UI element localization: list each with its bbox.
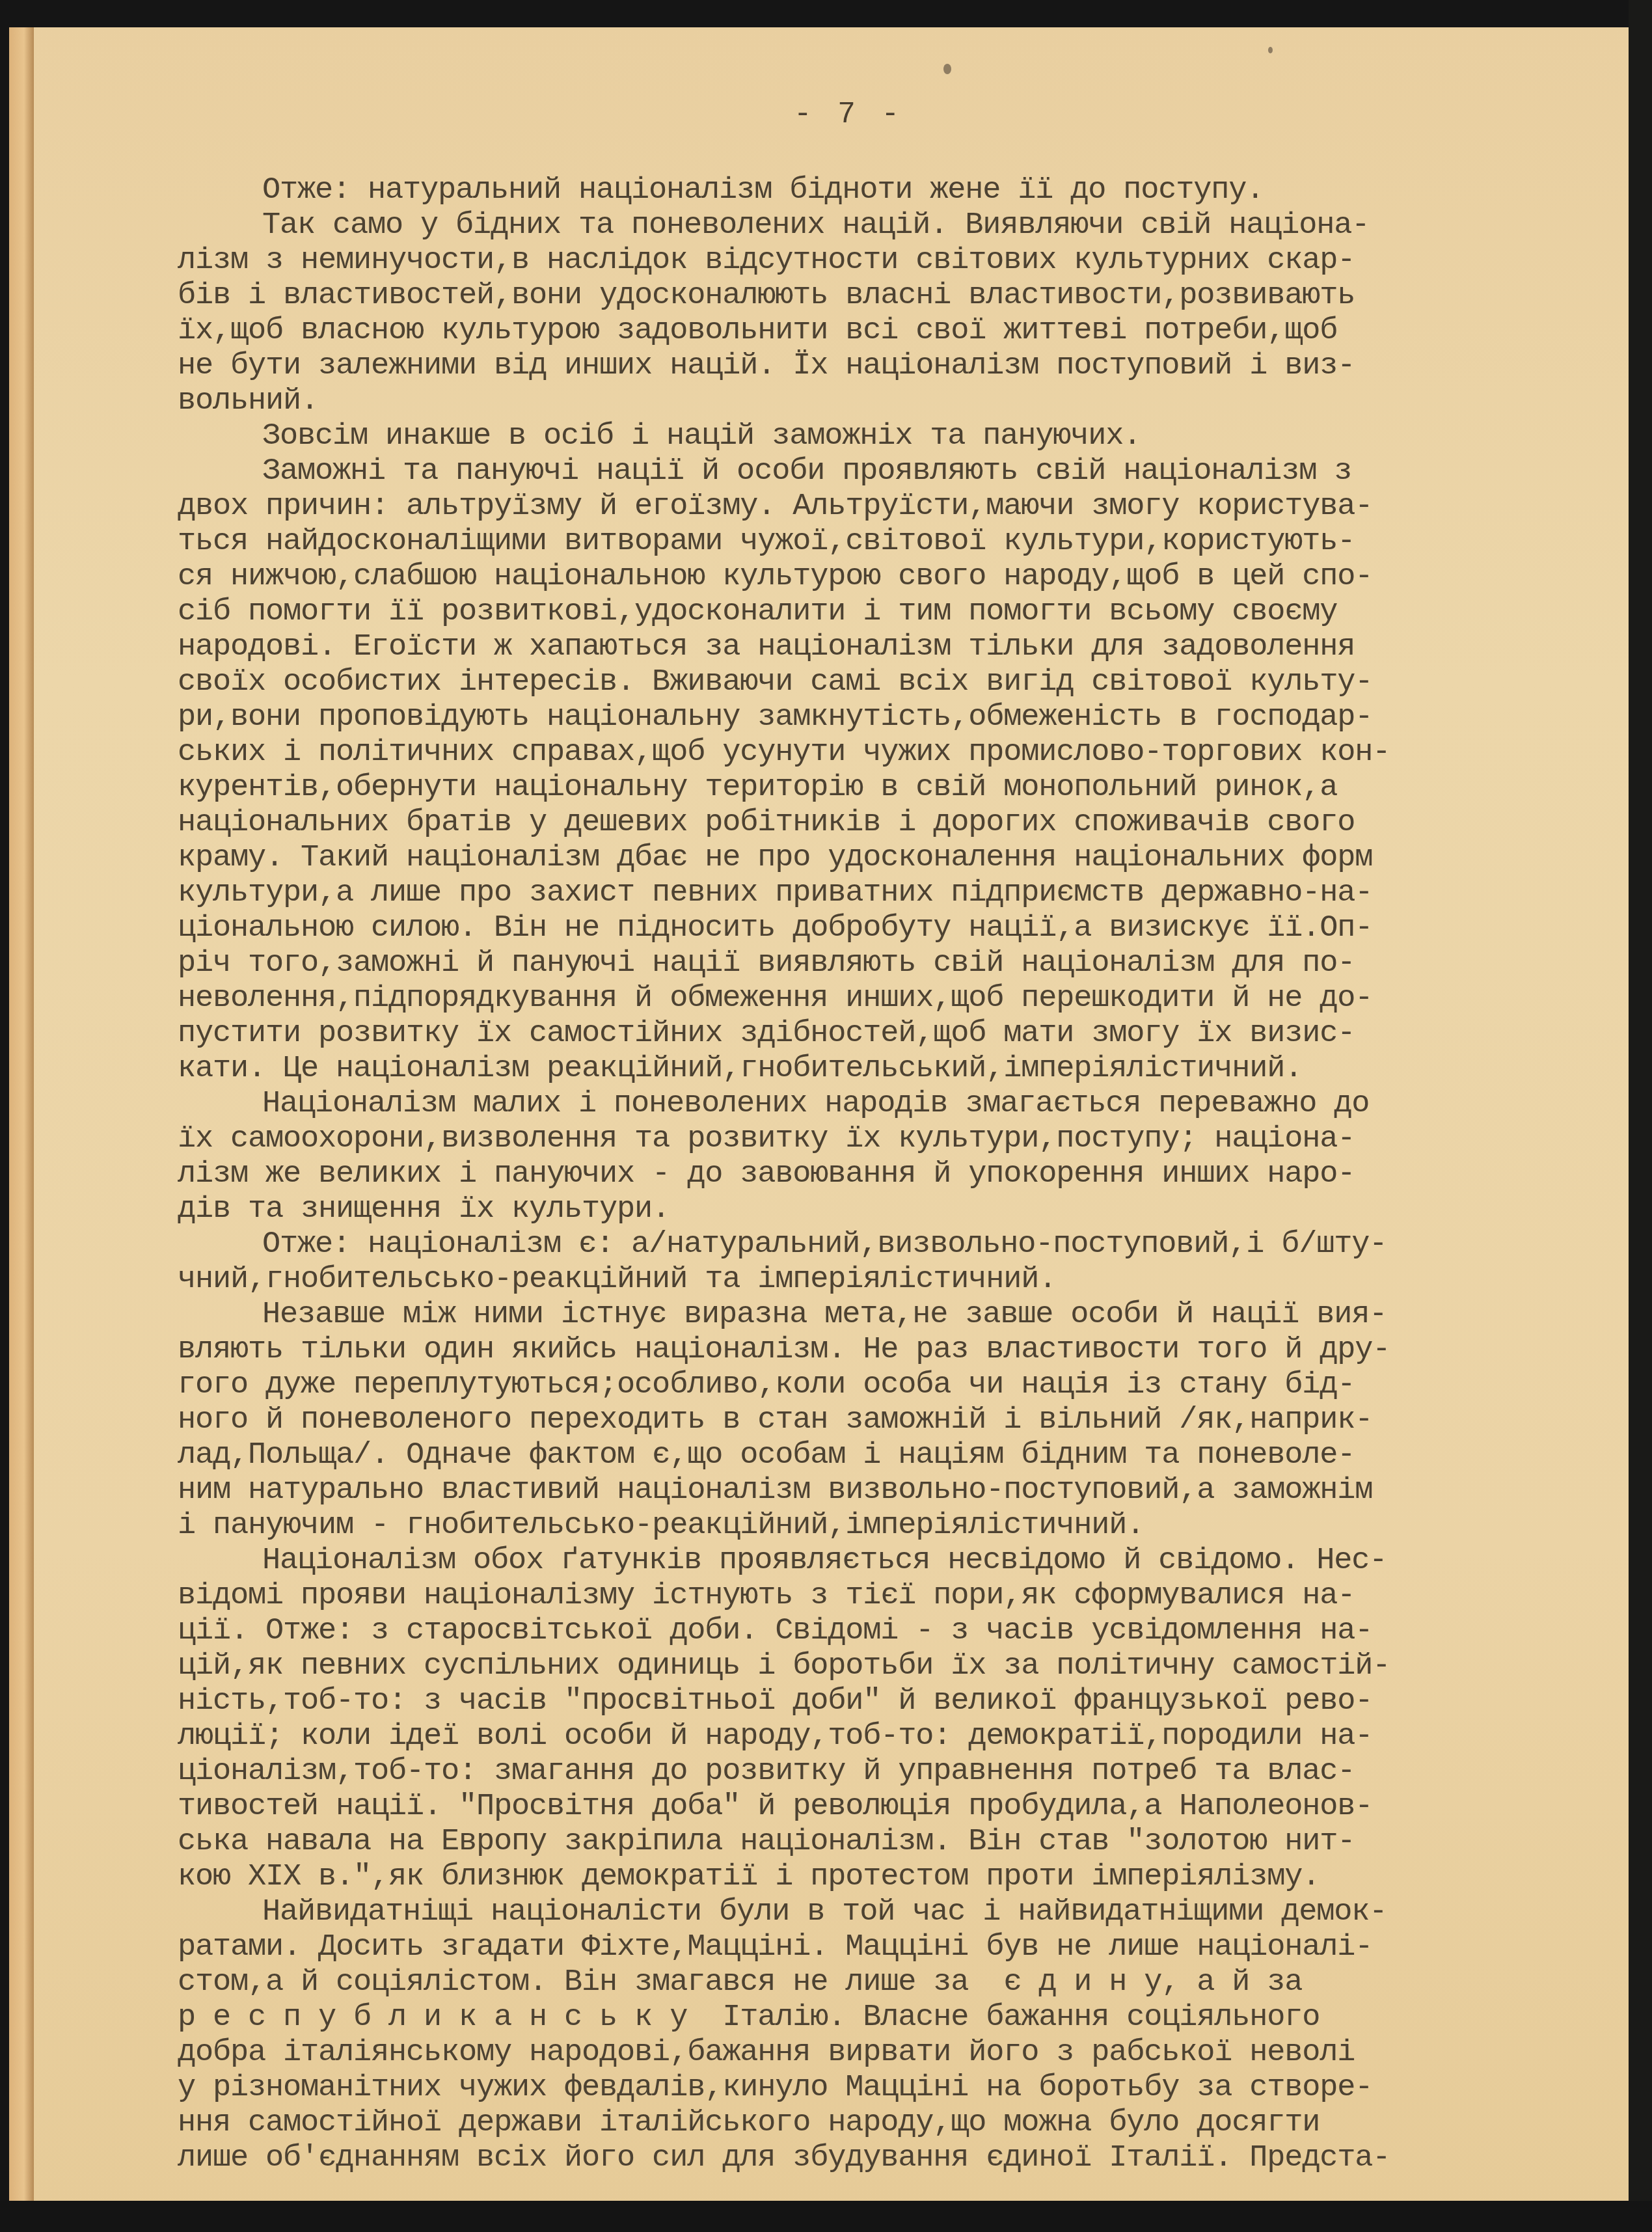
text-line: вляють тільки один якийсь націоналізм. Н… [178, 1333, 1518, 1368]
text-line: кою XIX в.",як близнюк демократії і прот… [178, 1860, 1518, 1895]
text-line: вольний. [178, 384, 1518, 419]
text-line: ська навала на Европу закріпила націонал… [178, 1825, 1518, 1860]
text-line: не бути залежними від инших націй. Їх на… [178, 349, 1518, 384]
text-line: лише об'єднанням всіх його сил для збуду… [178, 2141, 1518, 2176]
text-line: ним натурально властивий націоналізм виз… [178, 1473, 1518, 1508]
text-line: Отже: націоналізм є: а/натуральний,визво… [178, 1227, 1518, 1262]
text-line: ся нижчою,слабшою національною культурою… [178, 560, 1518, 595]
text-line: стом,а й соціялістом. Він змагався не ли… [178, 1965, 1518, 2000]
text-line: ться найдосконаліщими витворами чужої,св… [178, 524, 1518, 560]
text-line: добра італіянському народові,бажання вир… [178, 2035, 1518, 2071]
text-line: р е с п у б л и к а н с ь к у Італію. Вл… [178, 2000, 1518, 2035]
text-line: Зовсім инакше в осіб і націй заможніх та… [178, 419, 1518, 454]
text-line: люції; коли ідеї волі особи й народу,тоб… [178, 1719, 1518, 1754]
text-line: неволення,підпорядкування й обмеження ин… [178, 981, 1518, 1016]
ink-speck [1268, 47, 1273, 53]
text-line: ратами. Досить згадати Фіхте,Маццінi. Ма… [178, 1930, 1518, 1965]
text-line: бів і властивостей,вони удосконалюють вл… [178, 279, 1518, 314]
text-line: двох причин: альтруїзму й егоїзму. Альтр… [178, 489, 1518, 524]
text-line: лізм же великих і пануючих - до завоюван… [178, 1157, 1518, 1192]
text-line: Незавше між ними істнує виразна мета,не … [178, 1298, 1518, 1333]
text-line: ння самостійної держави італійського нар… [178, 2106, 1518, 2141]
text-line: лад,Польща/. Одначе фактом є,що особам і… [178, 1438, 1518, 1473]
text-line: культури,а лише про захист певних приват… [178, 876, 1518, 911]
text-line: сіб помогти її розвиткові,удосконалити і… [178, 595, 1518, 630]
text-line: відомі прояви націоналізму істнують з ті… [178, 1579, 1518, 1614]
text-line: своїх особистих інтересів. Вживаючи самі… [178, 665, 1518, 700]
text-line: кати. Це націоналізм реакційний,гнобител… [178, 1052, 1518, 1087]
text-line: ціональною силою. Він не підносить добро… [178, 911, 1518, 946]
scan-border-right [1629, 0, 1652, 2232]
text-line: дів та знищення їх культури. [178, 1192, 1518, 1227]
text-line: краму. Такий націоналізм дбає не про удо… [178, 841, 1518, 876]
text-line: національних братів у дешевих робітників… [178, 806, 1518, 841]
typewritten-body: Отже: натуральний націоналізм бідноти же… [178, 173, 1518, 2176]
text-line: народові. Егоїсти ж хапаються за націона… [178, 630, 1518, 665]
text-line: у різноманітних чужих февдалів,кинуло Ма… [178, 2071, 1518, 2106]
text-line: ри,вони проповідують національну замкнут… [178, 700, 1518, 735]
text-line: пустити розвитку їх самостійних здібност… [178, 1016, 1518, 1052]
scan-border-bottom [0, 2201, 1652, 2232]
text-line: гого дуже переплутуються;особливо,коли о… [178, 1368, 1518, 1403]
page-spine-edge [9, 27, 34, 2204]
scanned-page: - 7 - Отже: натуральний націоналізм бідн… [9, 27, 1629, 2204]
text-line: тивостей нації. "Просвітня доба" й револ… [178, 1790, 1518, 1825]
text-line: і пануючим - гнобительсько-реакційний,ім… [178, 1508, 1518, 1544]
text-line: Націоналізм малих і поневолених народів … [178, 1087, 1518, 1122]
text-line: ських і політичних справах,щоб усунути ч… [178, 735, 1518, 770]
text-line: цій,як певних суспільних одиниць і борот… [178, 1649, 1518, 1684]
text-line: Найвидатніщі націоналісти були в той час… [178, 1895, 1518, 1930]
text-line: їх,щоб власною культурою задовольнити вс… [178, 314, 1518, 349]
text-line: Отже: натуральний націоналізм бідноти же… [178, 173, 1518, 208]
page-number: - 7 - [790, 98, 907, 131]
text-line: лізм з неминучости,в наслідок відсутност… [178, 243, 1518, 279]
ink-speck [943, 64, 951, 74]
text-line: ного й поневоленого переходить в стан за… [178, 1403, 1518, 1438]
text-line: Так само у бідних та поневолених націй. … [178, 208, 1518, 243]
text-line: ність,тоб-то: з часів "просвітньої доби"… [178, 1684, 1518, 1719]
text-line: ціоналізм,тоб-то: змагання до розвитку й… [178, 1754, 1518, 1790]
text-line: Націоналізм обох ґатунків проявляється н… [178, 1544, 1518, 1579]
text-line: Заможні та пануючі нації й особи проявля… [178, 454, 1518, 489]
text-line: річ того,заможні й пануючі нації виявляю… [178, 946, 1518, 981]
text-line: чний,гнобительсько-реакційний та імперія… [178, 1262, 1518, 1298]
text-line: їх самоохорони,визволення та розвитку їх… [178, 1122, 1518, 1157]
text-line: ції. Отже: з старосвітської доби. Свідом… [178, 1614, 1518, 1649]
text-line: курентів,обернути національну територію … [178, 770, 1518, 806]
